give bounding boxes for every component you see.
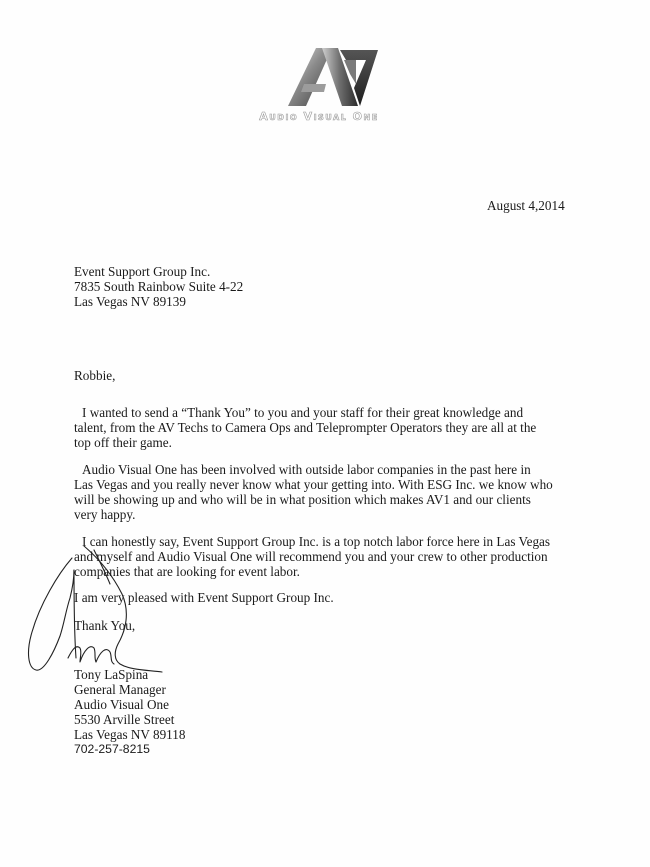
body-paragraph-2: Audio Visual One has been involved with … [74,462,570,522]
sender-phone: 702-257-8215 [74,742,185,757]
paragraph-line: I am very pleased with Event Support Gro… [74,590,570,605]
paragraph-line: Audio Visual One has been involved with … [74,462,570,477]
recipient-street: 7835 South Rainbow Suite 4-22 [74,279,243,294]
letter-date: August 4,2014 [487,198,565,213]
sender-company: Audio Visual One [74,697,185,712]
sender-title: General Manager [74,682,185,697]
company-name-logo-text: Audio Visual One [231,110,407,123]
salutation: Robbie, [74,368,115,383]
paragraph-line: talent, from the AV Techs to Camera Ops … [74,420,570,435]
recipient-address: Event Support Group Inc. 7835 South Rain… [74,264,243,309]
body-paragraph-1: I wanted to send a “Thank You” to you an… [74,405,570,450]
av1-logo-icon [286,44,382,108]
paragraph-line: I wanted to send a “Thank You” to you an… [74,405,570,420]
paragraph-line: top off their game. [74,435,570,450]
paragraph-line: will be showing up and who will be in wh… [74,492,570,507]
sender-name: Tony LaSpina [74,667,185,682]
body-paragraph-3: I can honestly say, Event Support Group … [74,534,570,579]
letter-page: Audio Visual One August 4,2014 Event Sup… [0,0,650,867]
paragraph-line: very happy. [74,507,570,522]
sender-block: Tony LaSpina General Manager Audio Visua… [74,667,185,757]
recipient-company: Event Support Group Inc. [74,264,243,279]
recipient-city: Las Vegas NV 89139 [74,294,243,309]
paragraph-line: Las Vegas and you really never know what… [74,477,570,492]
closing: Thank You, [74,618,135,633]
paragraph-line: companies that are looking for event lab… [74,564,570,579]
paragraph-line: and myself and Audio Visual One will rec… [74,549,570,564]
body-paragraph-4: I am very pleased with Event Support Gro… [74,590,570,605]
paragraph-line: I can honestly say, Event Support Group … [74,534,570,549]
sender-city: Las Vegas NV 89118 [74,727,185,742]
sender-street: 5530 Arville Street [74,712,185,727]
